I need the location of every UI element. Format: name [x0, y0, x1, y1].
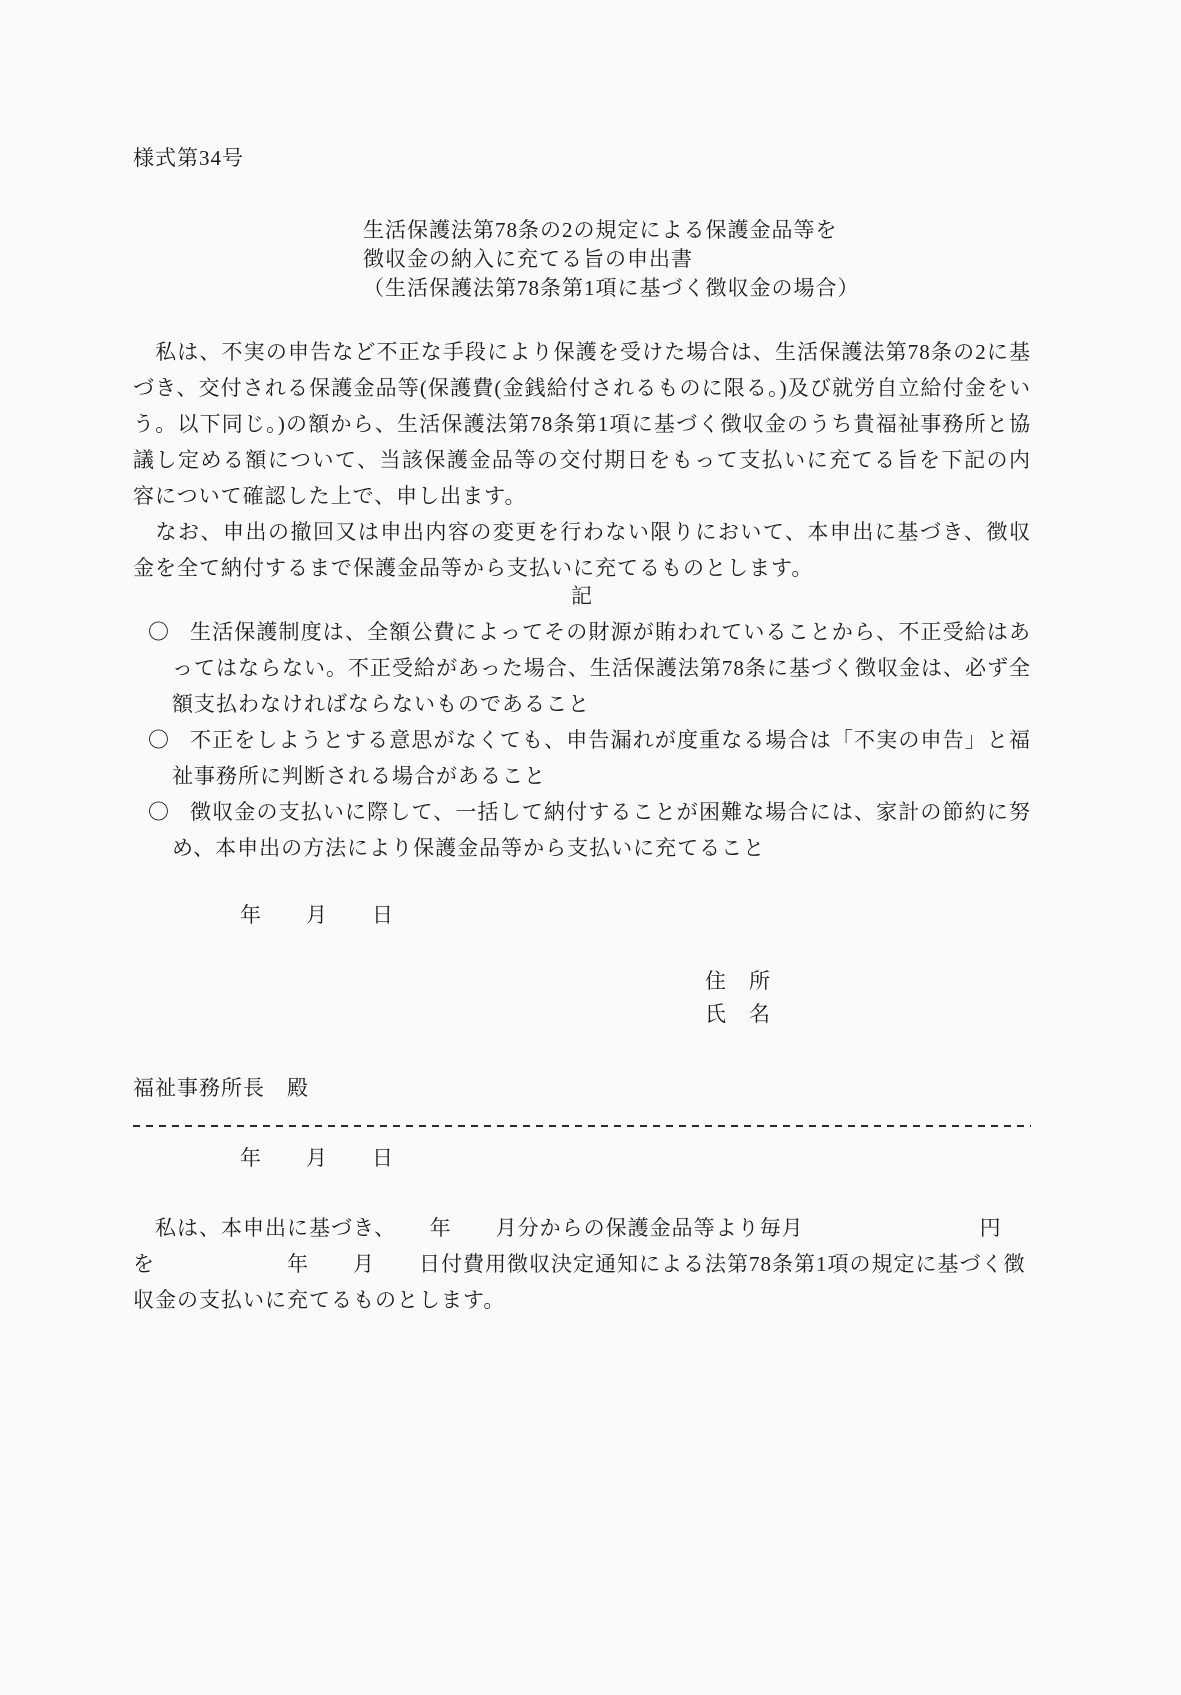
document-title-line: 生活保護法第78条の2の規定による保護金品等を — [363, 216, 1031, 245]
body-paragraph-declaration: 私は、不実の申告など不正な手段により保護を受けた場合は、生活保護法第78条の2に… — [133, 334, 1031, 514]
note-text: 生活保護制度は、全額公費によってその財源が賄われていることから、不正受給はあって… — [172, 620, 1031, 716]
note-text: 不正をしようとする意思がなくても、申告漏れが度重なる場合は「不実の申告」と福祉事… — [172, 728, 1031, 788]
document-content: 様式第34号 生活保護法第78条の2の規定による保護金品等を 徴収金の納入に充て… — [133, 0, 1031, 1318]
circle-bullet-icon: 〇 — [148, 794, 170, 830]
office-date-blank-line: 年 月 日 — [133, 1140, 1031, 1176]
signature-block: 住 所 氏 名 — [705, 965, 1031, 1031]
note-item: 〇不正をしようとする意思がなくても、申告漏れが度重なる場合は「不実の申告」と福祉… — [133, 722, 1031, 794]
note-item: 〇生活保護制度は、全額公費によってその財源が賄われていることから、不正受給はあっ… — [133, 614, 1031, 722]
note-text: 徴収金の支払いに際して、一括して納付することが困難な場合には、家計の節約に努め、… — [172, 800, 1031, 860]
closing-paragraph: 私は、本申出に基づき、 年 月分からの保護金品等より毎月 円 を 年 月 日付費… — [133, 1210, 1031, 1318]
closing-paragraph-line: を 年 月 日付費用徴収決定通知による法第78条第1項の規定に基づく徴 — [133, 1246, 1031, 1282]
closing-paragraph-line: 収金の支払いに充てるものとします。 — [133, 1282, 1031, 1318]
document-page: 様式第34号 生活保護法第78条の2の規定による保護金品等を 徴収金の納入に充て… — [0, 0, 1181, 1695]
circle-bullet-icon: 〇 — [148, 614, 170, 650]
address-label: 住 所 — [705, 965, 1031, 998]
name-label: 氏 名 — [705, 998, 1031, 1031]
form-number: 様式第34号 — [133, 140, 1031, 176]
document-title: 生活保護法第78条の2の規定による保護金品等を 徴収金の納入に充てる旨の申出書 … — [363, 216, 1031, 303]
applicant-date-blank-line: 年 月 日 — [133, 897, 1031, 933]
closing-paragraph-line: 私は、本申出に基づき、 年 月分からの保護金品等より毎月 円 — [133, 1210, 1031, 1246]
circle-bullet-icon: 〇 — [148, 722, 170, 758]
notes-list: 〇生活保護制度は、全額公費によってその財源が賄われていることから、不正受給はあっ… — [133, 614, 1031, 866]
document-title-line: （生活保護法第78条第1項に基づく徴収金の場合） — [363, 274, 1031, 303]
dashed-divider — [133, 1125, 1031, 1127]
body-paragraph-condition: なお、申出の撤回又は申出内容の変更を行わない限りにおいて、本申出に基づき、徴収金… — [133, 514, 1031, 586]
note-item: 〇徴収金の支払いに際して、一括して納付することが困難な場合には、家計の節約に努め… — [133, 794, 1031, 866]
addressee-line: 福祉事務所長 殿 — [133, 1070, 1031, 1106]
document-title-line: 徴収金の納入に充てる旨の申出書 — [363, 245, 1031, 274]
